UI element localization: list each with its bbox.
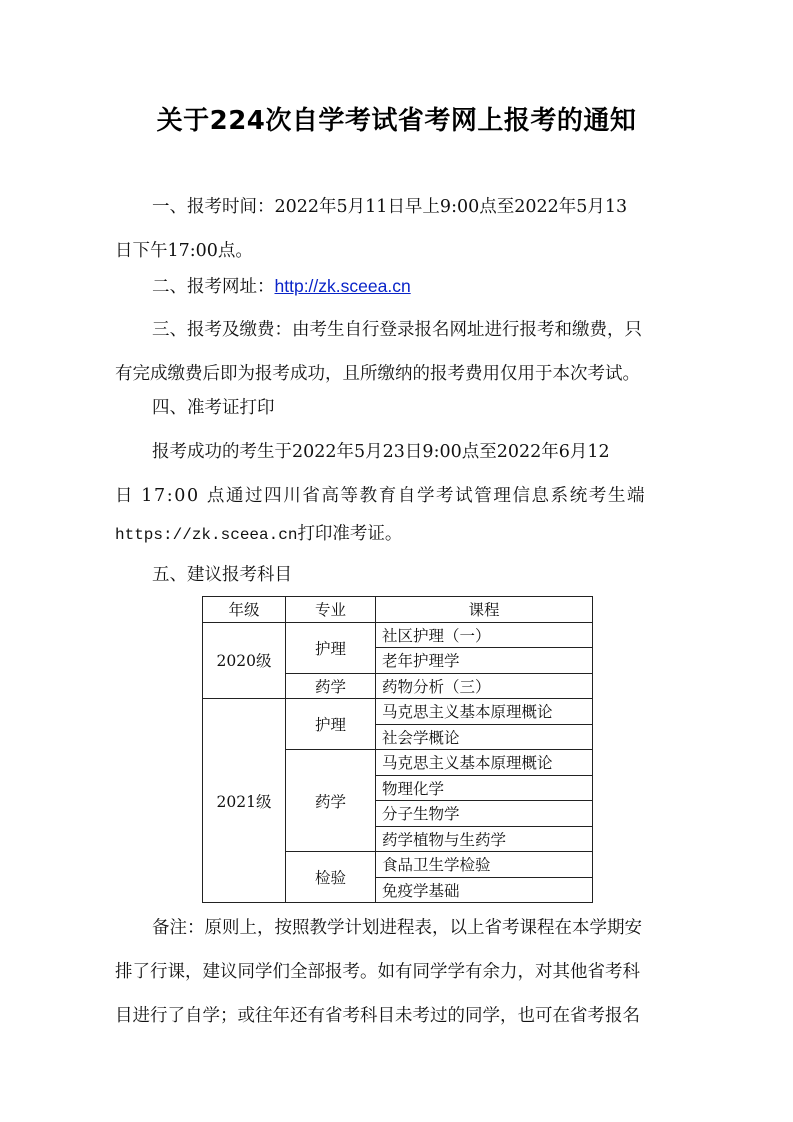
section-4-heading-text: 四、准考证打印 bbox=[115, 386, 677, 430]
section-5-heading: 五、建议报考科目 bbox=[115, 553, 677, 597]
course-cell: 马克思主义基本原理概论 bbox=[376, 750, 593, 776]
header-course: 课程 bbox=[376, 597, 593, 623]
course-cell: 药学植物与生药学 bbox=[376, 826, 593, 852]
course-cell: 药物分析（三） bbox=[376, 673, 593, 699]
table-row: 2021级 护理 马克思主义基本原理概论 bbox=[203, 699, 593, 725]
section-4-body: 报考成功的考生于2022年5月23日9:00点至2022年6月12 bbox=[115, 430, 677, 474]
section-1-registration-time: 一、报考时间：2022年5月11日早上9:00点至2022年5月13 bbox=[115, 185, 677, 229]
registration-link[interactable]: http://zk.sceea.cn bbox=[275, 276, 411, 296]
course-cell: 马克思主义基本原理概论 bbox=[376, 699, 593, 725]
header-major: 专业 bbox=[286, 597, 376, 623]
note-line-3: 目进行了自学；或往年还有省考科目未考过的同学，也可在省考报名 bbox=[115, 994, 677, 1038]
major-cell: 检验 bbox=[286, 852, 376, 903]
section-4-line-1: 报考成功的考生于2022年5月23日9:00点至2022年6月12 bbox=[115, 430, 677, 474]
section-3-line-1: 三、报考及缴费：由考生自行登录报名网址进行报考和缴费，只 bbox=[115, 308, 677, 352]
section-1-line-1: 一、报考时间：2022年5月11日早上9:00点至2022年5月13 bbox=[115, 185, 677, 229]
course-cell: 老年护理学 bbox=[376, 648, 593, 674]
major-cell: 护理 bbox=[286, 622, 376, 673]
course-cell: 食品卫生学检验 bbox=[376, 852, 593, 878]
section-4-heading: 四、准考证打印 bbox=[115, 386, 677, 430]
header-grade: 年级 bbox=[203, 597, 286, 623]
note-line-2: 排了行课，建议同学们全部报考。如有同学学有余力，对其他省考科 bbox=[115, 950, 677, 994]
table-header-row: 年级 专业 课程 bbox=[203, 597, 593, 623]
course-cell: 物理化学 bbox=[376, 775, 593, 801]
document-title: 关于224次自学考试省考网上报考的通知 bbox=[0, 100, 793, 137]
course-cell: 社会学概论 bbox=[376, 724, 593, 750]
exam-system-url: https://zk.sceea.cn bbox=[115, 526, 297, 544]
grade-cell: 2020级 bbox=[203, 622, 286, 699]
section-3-registration-payment: 三、报考及缴费：由考生自行登录报名网址进行报考和缴费，只 bbox=[115, 308, 677, 352]
section-4-line-3-suffix: 打印准考证。 bbox=[297, 524, 402, 544]
course-cell: 分子生物学 bbox=[376, 801, 593, 827]
table-row: 2020级 护理 社区护理（一） bbox=[203, 622, 593, 648]
recommended-courses-table: 年级 专业 课程 2020级 护理 社区护理（一） 老年护理学 药学 药物分析（… bbox=[202, 596, 593, 903]
section-2-registration-url: 二、报考网址：http://zk.sceea.cn bbox=[115, 264, 677, 309]
note-paragraph: 备注：原则上，按照教学计划进程表，以上省考课程在本学期安 bbox=[115, 906, 677, 950]
major-cell: 药学 bbox=[286, 750, 376, 852]
major-cell: 药学 bbox=[286, 673, 376, 699]
course-cell: 免疫学基础 bbox=[376, 877, 593, 903]
section-2-label: 二、报考网址： bbox=[152, 277, 275, 297]
course-cell: 社区护理（一） bbox=[376, 622, 593, 648]
section-5-heading-text: 五、建议报考科目 bbox=[115, 553, 677, 597]
section-4-body-url-line: https://zk.sceea.cn打印准考证。 bbox=[115, 512, 677, 557]
major-cell: 护理 bbox=[286, 699, 376, 750]
grade-cell: 2021级 bbox=[203, 699, 286, 903]
note-line-1: 备注：原则上，按照教学计划进程表，以上省考课程在本学期安 bbox=[115, 906, 677, 950]
note-paragraph-continued-2: 目进行了自学；或往年还有省考科目未考过的同学，也可在省考报名 bbox=[115, 994, 677, 1038]
note-paragraph-continued: 排了行课，建议同学们全部报考。如有同学学有余力，对其他省考科 bbox=[115, 950, 677, 994]
